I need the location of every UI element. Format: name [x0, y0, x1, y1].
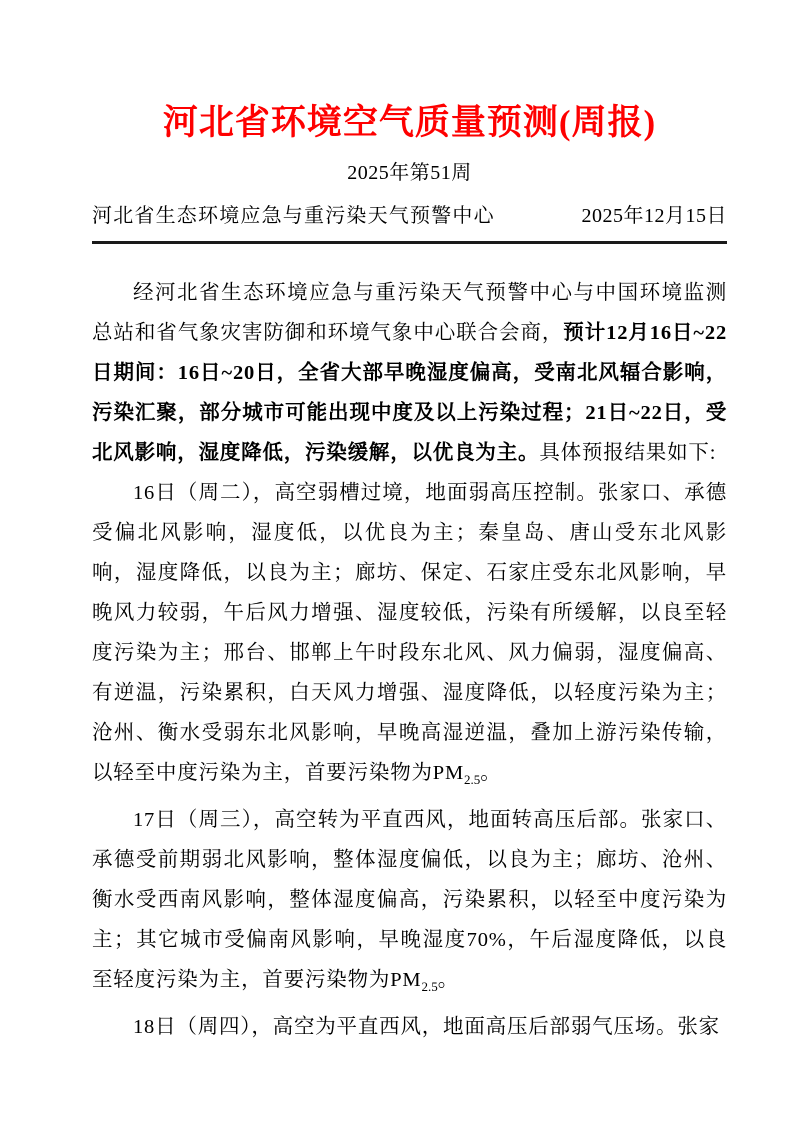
issuer-row: 河北省生态环境应急与重污染天气预警中心 2025年12月15日: [92, 203, 727, 229]
paragraph-3: 17日（周三），高空转为平直西风，地面转高压后部。张家口、承德受前期弱北风影响，…: [92, 800, 727, 1007]
page-title: 河北省环境空气质量预测(周报): [92, 100, 727, 146]
paragraph-1: 经河北省生态环境应急与重污染天气预警中心与中国环境监测总站和省气象灾害防御和环境…: [92, 273, 727, 473]
subscript-run: 2.5: [464, 772, 480, 787]
text-run: 16日（周二），高空弱槽过境，地面弱高压控制。张家口、承德受偏北风影响，湿度低，…: [92, 482, 727, 784]
text-run: 18日（周四），高空为平直西风，地面高压后部弱气压场。张家: [133, 1016, 720, 1038]
paragraph-2: 16日（周二），高空弱槽过境，地面弱高压控制。张家口、承德受偏北风影响，湿度低，…: [92, 473, 727, 800]
issuer-name: 河北省生态环境应急与重污染天气预警中心: [92, 203, 495, 229]
body-paragraphs: 经河北省生态环境应急与重污染天气预警中心与中国环境监测总站和省气象灾害防御和环境…: [92, 273, 727, 1047]
paragraph-4: 18日（周四），高空为平直西风，地面高压后部弱气压场。张家: [92, 1007, 727, 1047]
text-run: 17日（周三），高空转为平直西风，地面转高压后部。张家口、承德受前期弱北风影响，…: [92, 809, 727, 991]
document-page: 河北省环境空气质量预测(周报) 2025年第51周 河北省生态环境应急与重污染天…: [0, 0, 793, 1122]
text-run: 。: [480, 762, 501, 784]
subscript-run: 2.5: [421, 979, 437, 994]
issue-date: 2025年12月15日: [582, 203, 728, 229]
week-subtitle: 2025年第51周: [92, 160, 727, 186]
text-run: 。: [438, 969, 459, 991]
header-divider: [92, 241, 727, 244]
text-run: 具体预报结果如下:: [539, 442, 716, 464]
